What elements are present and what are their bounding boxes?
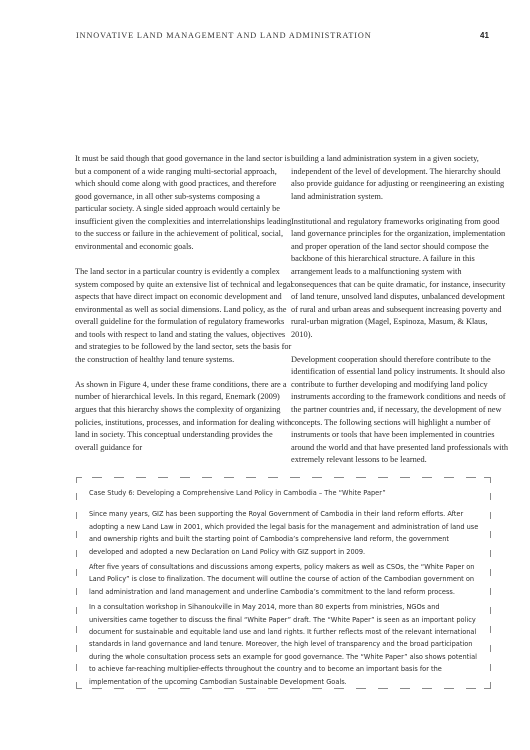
paragraph: The land sector in a particular country … [75, 266, 293, 366]
page-number: 41 [480, 31, 489, 40]
case-study-box: Case Study 6: Developing a Comprehensive… [76, 477, 491, 689]
body-column-right: building a land administration system in… [291, 153, 509, 479]
case-study-title: Case Study 6: Developing a Comprehensive… [89, 487, 479, 499]
paragraph: It must be said though that good governa… [75, 153, 293, 253]
case-study-paragraph: In a consultation workshop in Sihanoukvi… [89, 601, 479, 688]
body-column-left: It must be said though that good governa… [75, 153, 293, 467]
case-study-paragraph: Since many years, GIZ has been supportin… [89, 508, 479, 558]
paragraph: Institutional and regulatory frameworks … [291, 216, 509, 341]
case-study-content: Case Study 6: Developing a Comprehensive… [89, 487, 479, 691]
paragraph: Development cooperation should therefore… [291, 354, 509, 467]
paragraph: building a land administration system in… [291, 153, 509, 203]
case-study-paragraph: After five years of consultations and di… [89, 561, 479, 598]
paragraph: As shown in Figure 4, under these frame … [75, 379, 293, 454]
running-header-title: Innovative Land Management and Land Admi… [76, 31, 372, 40]
